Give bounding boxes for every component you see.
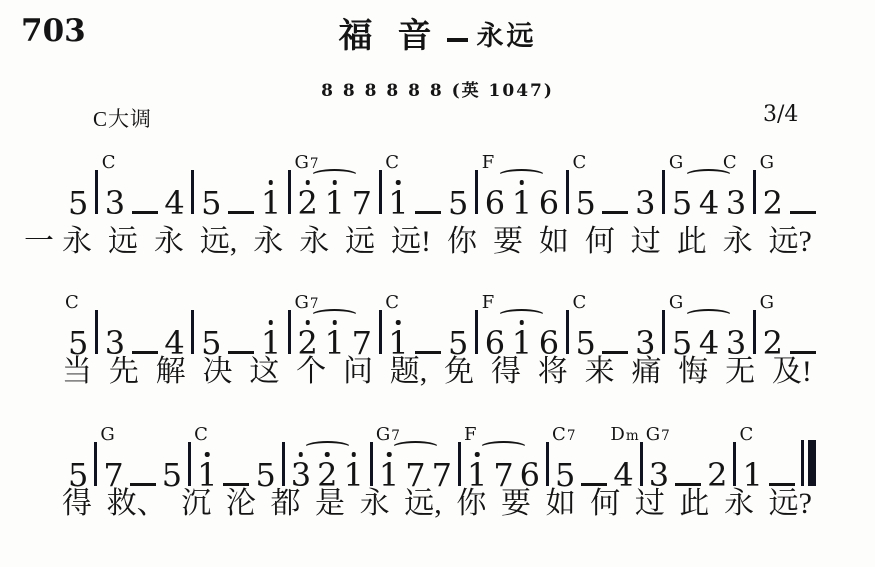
chord-root: C [385,152,400,173]
duration-dash [132,211,158,215]
lyric-syllable: 问 [343,354,373,390]
barline [191,310,194,354]
lyric-syllable: 无 [725,354,755,390]
lyric-syllable: 如 [539,224,569,260]
octave-dot [475,452,480,457]
chord-root: C [572,292,587,313]
chord-root: F [464,424,478,445]
note: 3 [635,187,655,219]
lyric-syllable: 永 [154,224,184,260]
title-main: 福 音 [339,18,434,55]
title-subtitle: 永远 [476,22,536,52]
lyric-syllable: 都 [270,486,300,522]
key-signature: C大调 [93,103,152,133]
final-barline [801,440,816,486]
lyrics-line-2: 当先解决这个问题,免得将来痛悔无及! [62,354,812,390]
chord-label: C [385,294,400,312]
lyric-syllable: 此 [679,486,709,522]
note: 5 [68,187,88,219]
barline [475,310,478,354]
lyric-syllable: 是 [315,486,345,522]
note: 1 [261,187,281,219]
octave-dot [205,452,210,457]
final-barline-thick [808,440,816,486]
note: 6F [485,187,505,219]
lyric-syllable: 远, [404,486,442,522]
lyric-syllable: 永 [360,486,390,522]
lyric-syllable: 救、 [107,486,167,522]
chord-label: F [482,294,496,312]
barline [566,310,569,354]
final-barline-thin [801,440,804,486]
barline [662,310,665,354]
barline [640,442,643,486]
note: 2G7 [298,187,318,219]
chord-label: C [572,294,587,312]
chord-root: G [295,292,310,313]
chord-label: G7 [376,426,401,444]
barline [282,442,285,486]
lyric-syllable: 要 [501,486,531,522]
lyric-syllable: 痛 [631,354,661,390]
lyric-syllable: 当 [62,354,92,390]
note: 7 [352,187,372,219]
note: 5C [575,187,595,219]
lyric-syllable: 永 [723,224,753,260]
chord-root: G [100,424,115,445]
chord-root: C [102,152,117,173]
lyric-syllable: 永 [253,224,283,260]
barline [370,442,373,486]
time-signature: 3/4 [763,102,798,127]
chord-quality: 7 [310,296,320,312]
slur-arc [480,441,527,454]
chord-label: C [723,154,738,172]
octave-dot [520,320,525,325]
lyric-syllable: 何 [590,486,620,522]
lyric-syllable: 得 [491,354,521,390]
meter-line: 8 8 8 8 8 8 (英 1047) [0,76,875,101]
chord-label: G7 [295,154,320,172]
lyric-syllable: 此 [677,224,707,260]
octave-dot [332,320,337,325]
lyric-syllable: 永 [62,224,92,260]
octave-dot [351,452,356,457]
note: 5G [672,187,692,219]
barline [753,170,756,214]
chord-label: G [760,294,775,312]
barline [733,442,736,486]
lyric-syllable: 你 [447,224,477,260]
chord-root: G [760,152,775,173]
lyric-syllable: 这 [249,354,279,390]
barline [188,442,191,486]
lyric-syllable: 远, [200,224,238,260]
lyric-syllable: 沉 [181,486,211,522]
hymn-sheet-page: 703 福 音 永远 8 8 8 8 8 8 (英 1047) C大调 3/4 … [0,0,875,567]
barline [475,170,478,214]
octave-dot [269,180,274,185]
note: 1 [325,187,345,219]
lyrics-line-1: 永远永远,永永远远!你要如何过此永远? [62,224,812,260]
lyric-syllable: 个 [296,354,326,390]
chord-label: G7 [295,294,320,312]
note: 6 [539,187,559,219]
chord-root: G [760,292,775,313]
barline [191,170,194,214]
lyric-syllable: 远? [769,224,812,260]
chord-label: F [464,426,478,444]
chord-label: G [100,426,115,444]
barline [379,170,382,214]
octave-dot [387,452,392,457]
chord-label: Dm [610,426,639,444]
duration-dash [790,211,816,215]
octave-dot [305,320,310,325]
lyric-syllable: 得 [62,486,92,522]
duration-dash [602,211,628,215]
octave-dot [396,180,401,185]
chord-root: G [295,152,310,173]
barline [288,310,291,354]
octave-dot [299,452,304,457]
octave-dot [332,180,337,185]
chord-root: G [376,424,391,445]
chord-root: C [65,292,80,313]
chord-label: C7 [552,426,576,444]
lyric-syllable: 远? [769,486,812,522]
lyric-syllable: 过 [635,486,665,522]
octave-dot [269,320,274,325]
chord-root: C [385,292,400,313]
barline [662,170,665,214]
lyric-syllable: 何 [585,224,615,260]
lyric-syllable: 沦 [226,486,256,522]
lyric-syllable: 永 [724,486,754,522]
title-dash-icon [447,38,468,42]
note: 2G [763,187,783,219]
chord-quality: 7 [310,156,320,172]
barline [95,310,98,354]
lyrics-line-3: 得救、沉沦都是永远,你要如何过此永远? [62,486,812,522]
chord-root: C [572,152,587,173]
octave-dot [305,180,310,185]
lyric-syllable: 远! [391,224,431,260]
lyric-syllable: 题, [390,354,428,390]
chord-label: C [572,154,587,172]
note: 3C [726,187,746,219]
chord-label: C [194,426,209,444]
chord-quality: 7 [567,428,577,444]
note: 5 [201,187,221,219]
lyric-syllable: 要 [493,224,523,260]
note: 1 [512,187,532,219]
chord-root: F [482,152,496,173]
chord-root: G [646,424,661,445]
octave-dot [396,320,401,325]
chord-root: C [194,424,209,445]
barline [95,170,98,214]
barline [379,310,382,354]
octave-dot [520,180,525,185]
lyric-syllable: 你 [456,486,486,522]
slur-arc [685,309,732,322]
note: 5 [448,187,468,219]
lyric-syllable: 永 [299,224,329,260]
chord-label: C [385,154,400,172]
note: 1C [388,187,408,219]
note: 3C [105,187,125,219]
barline [458,442,461,486]
barline [94,442,97,486]
lyric-syllable: 如 [546,486,576,522]
hymn-title: 福 音 永远 [0,18,875,55]
music-line-1: 53C4512G7171C56F165C35G43C2G [68,170,816,223]
barline [546,442,549,486]
note: 4 [164,187,184,219]
chord-label: C [65,294,80,312]
chord-label: G7 [646,426,671,444]
chord-root: D [610,424,625,445]
chord-label: C [739,426,754,444]
chord-root: G [669,152,684,173]
duration-dash [228,211,254,215]
lyric-syllable: 远 [345,224,375,260]
barline [288,170,291,214]
chord-label: G [760,154,775,172]
lyric-syllable: 解 [156,354,186,390]
lyric-syllable: 及! [772,354,812,390]
chord-root: C [552,424,567,445]
lyric-syllable: 决 [202,354,232,390]
verse-number: 一 [24,224,54,260]
chord-label: G [669,294,684,312]
chord-quality: 7 [661,428,671,444]
chord-label: F [482,154,496,172]
chord-root: C [739,424,754,445]
lyric-syllable: 远 [108,224,138,260]
chord-quality: m [626,428,640,444]
lyric-syllable: 过 [631,224,661,260]
slur-arc [392,441,439,454]
chord-label: C [102,154,117,172]
note: 4 [699,187,719,219]
lyric-syllable: 悔 [678,354,708,390]
lyric-syllable: 先 [109,354,139,390]
duration-dash [415,211,441,215]
lyric-syllable: 将 [538,354,568,390]
chord-root: G [669,292,684,313]
chord-root: F [482,292,496,313]
lyric-syllable: 免 [444,354,474,390]
barline [753,310,756,354]
chord-root: C [723,152,738,173]
lyric-syllable: 来 [585,354,615,390]
chord-label: G [669,154,684,172]
octave-dot [325,452,330,457]
barline [566,170,569,214]
